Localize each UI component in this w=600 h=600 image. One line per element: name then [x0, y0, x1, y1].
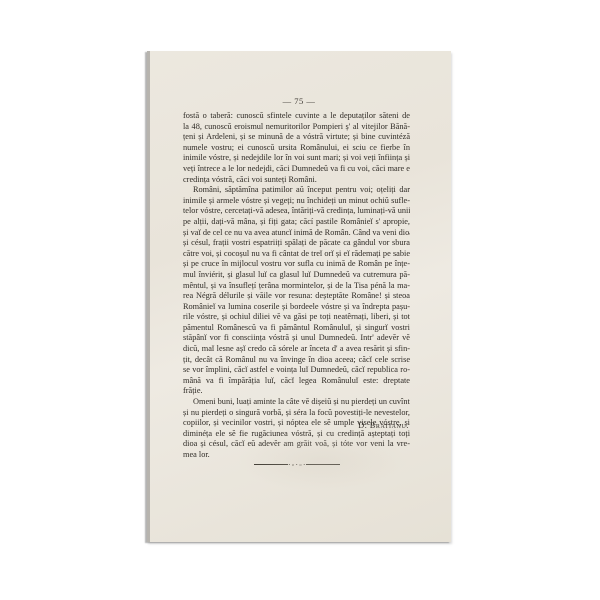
text-line: Români, săptămîna patimilor aŭ început p…	[183, 185, 410, 196]
text-line: Românieĭ va lumina coserile și bordeele …	[183, 302, 410, 313]
text-line: rile vóstre, și ochiul diliei vĕ va găsi…	[183, 312, 410, 323]
text-line: și pe cruce în mijlocul vostru vor sufla…	[183, 259, 410, 270]
ornament-bar-left	[254, 464, 288, 465]
text-line: dioa și césul, căcĭ eŭ adevĕr am grăit v…	[183, 439, 410, 450]
text-line: stăpânĭ vor fi consciința vóstră și unul…	[183, 333, 410, 344]
document-page: — 75 — fostă o taberă: cunoscŭ sfintele …	[147, 51, 451, 542]
photo-background: — 75 — fostă o taberă: cunoscŭ sfintele …	[0, 0, 600, 600]
paragraph-1: fostă o taberă: cunoscŭ sfintele cuvinte…	[183, 111, 410, 185]
text-line: mêntul, și va însuflețí țerâna mormintel…	[183, 281, 410, 292]
text-line: telor vóstre, cercetați-vă adesea, întăr…	[183, 206, 410, 217]
signature-initial: D.	[358, 421, 367, 430]
text-line: inimile și armele vóstre și vegeți; nu î…	[183, 196, 410, 207]
page-number: — 75 —	[147, 96, 451, 106]
text-line: se vor împlini, căcĭ astfel e voința luĭ…	[183, 365, 410, 376]
text-line: pe alții, dați-vă mâna, și fiți gata; că…	[183, 217, 410, 228]
text-line: mea lor.	[183, 450, 410, 461]
text-line: mână va fi împărăția luĭ, căcĭ legea Rom…	[183, 376, 410, 387]
ornament-center: • o • o •	[288, 463, 306, 466]
ornamental-rule: • o • o •	[254, 463, 340, 466]
text-line: fostă o taberă: cunoscŭ sfintele cuvinte…	[183, 111, 410, 122]
text-line: inimile vóstre, și nedejdile lor în voi …	[183, 153, 410, 164]
author-signature: D. Bratianu.	[358, 421, 409, 430]
text-line: țit, decât că Românul nu va învinge în d…	[183, 355, 410, 366]
text-line: dicŭ, maĭ lesne așĭ credo că sórele ar î…	[183, 344, 410, 355]
text-line: și nu pierdeți o singură vorbă, și séra …	[183, 408, 410, 419]
paragraph-2: Români, săptămîna patimilor aŭ început p…	[183, 185, 410, 397]
text-line: Omeni buni, luați aminte la câte vĕ dișe…	[183, 397, 410, 408]
text-line: credința vóstră, căci voi sunteți Români…	[183, 175, 410, 186]
text-line: la 48, cunoscŭ eroismul nemuritorilor Po…	[183, 122, 410, 133]
text-line: numele vostru; ei cunoscŭ ursita Românul…	[183, 143, 410, 154]
text-line: țeni și Ardeleni, și se minună de a vóst…	[183, 132, 410, 143]
body-text: fostă o taberă: cunoscŭ sfintele cuvinte…	[183, 111, 410, 461]
ornament-bar-right	[306, 464, 340, 465]
text-line: și vaĭ de cel ce nu va avea atuncĭ inimă…	[183, 228, 410, 239]
text-line: mul înviérit, și glasul luĭ ca glasul lu…	[183, 270, 410, 281]
text-line: și césul, frații vostri espatriiți spăla…	[183, 238, 410, 249]
text-line: către voi, și cocoșul nu va fi cântat de…	[183, 249, 410, 260]
text-line: diminéța ele sĕ fie rugăciunea vóstră, ș…	[183, 429, 410, 440]
text-line: pămentul Românescŭ va fi pământul Românu…	[183, 323, 410, 334]
text-line: frăție.	[183, 386, 410, 397]
text-line: rea Négră délurile și văile vor resuna: …	[183, 291, 410, 302]
text-line: veți întrece a le lor nedejdi, căci Dumn…	[183, 164, 410, 175]
signature-surname: Bratianu.	[370, 421, 409, 430]
